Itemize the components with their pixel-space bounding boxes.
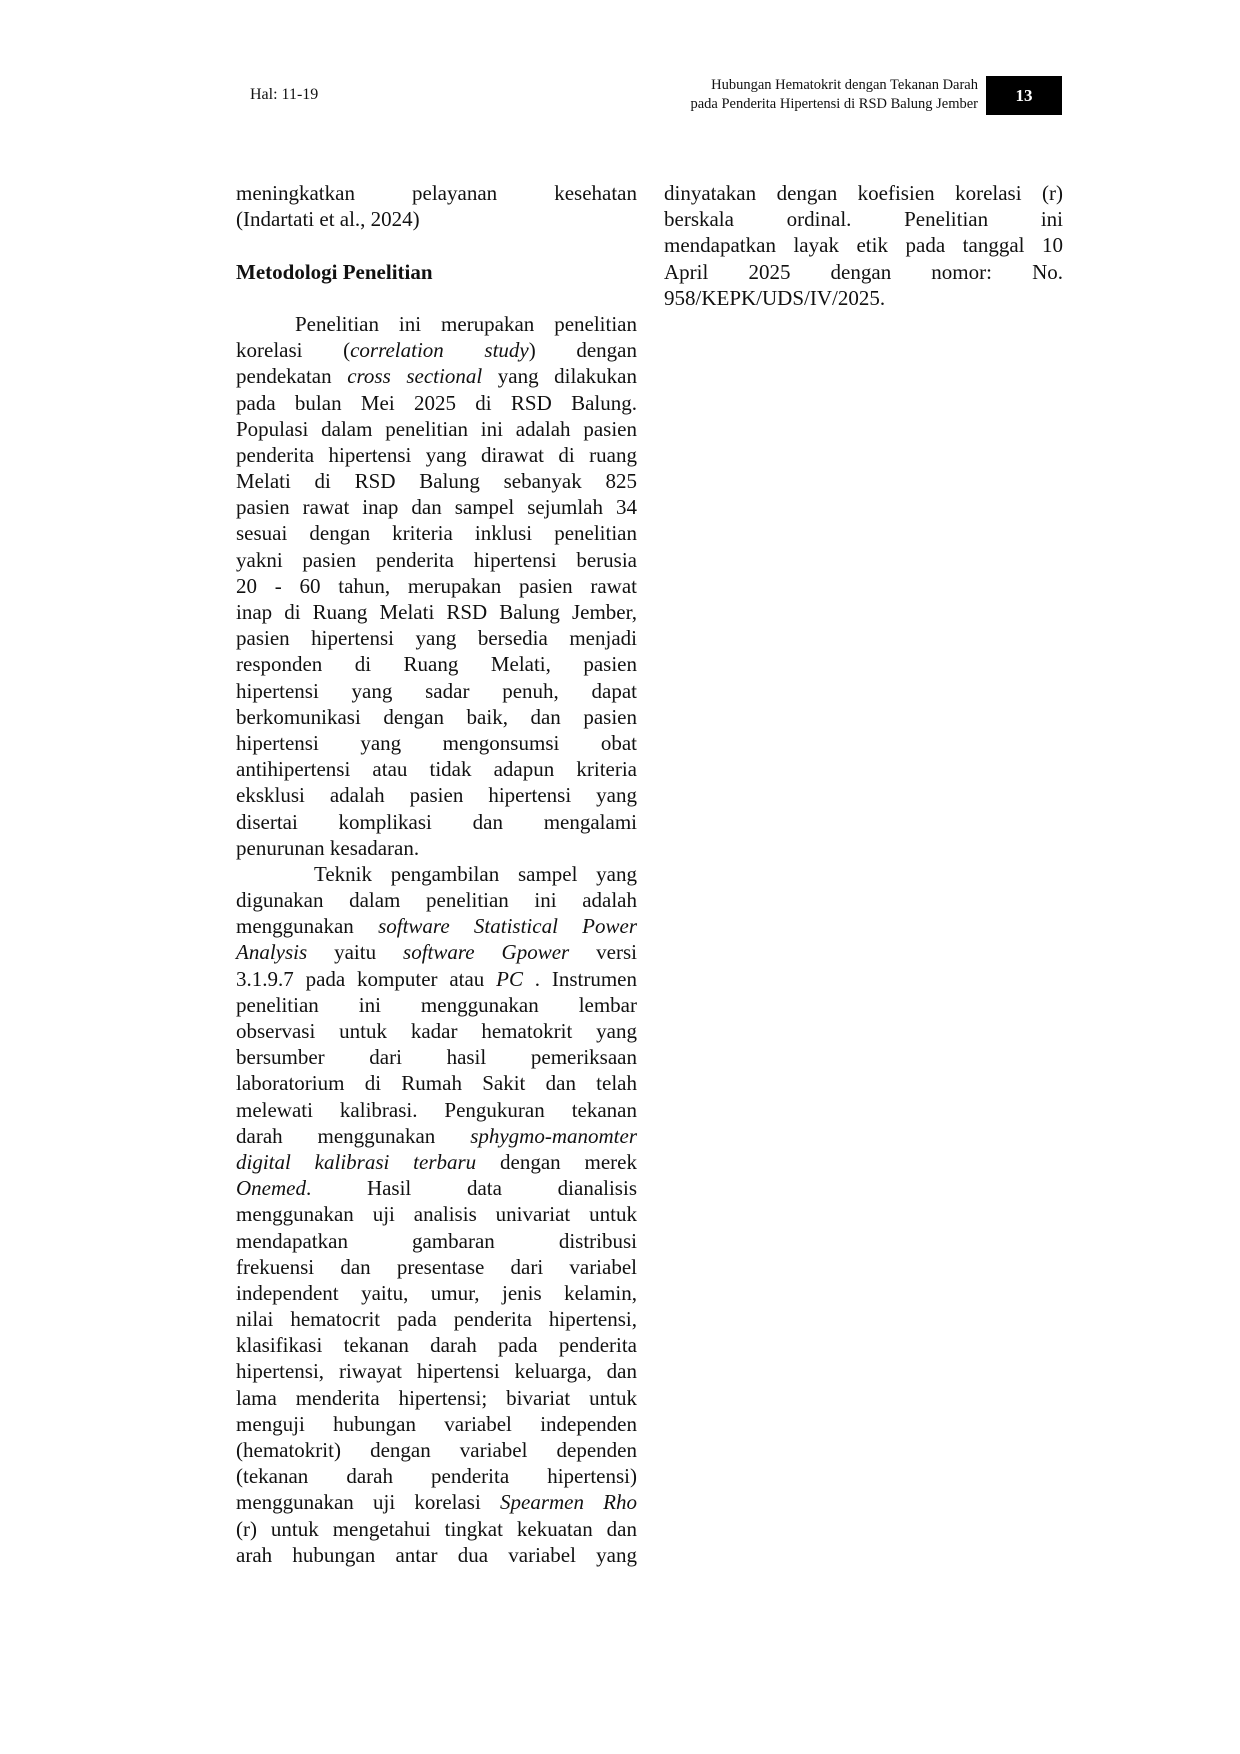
text-line: observasi untuk kadar hematokrit yang	[236, 1018, 637, 1044]
text-line: pendekatan cross sectional yang dilakuka…	[236, 363, 637, 389]
text-line: April 2025 dengan nomor: No.	[664, 259, 1063, 285]
right-column: dinyatakan dengan koefisien korelasi (r)…	[664, 180, 1063, 311]
text-line: menggunakan software Statistical Power	[236, 913, 637, 939]
text-line: dinyatakan dengan koefisien korelasi (r)	[664, 180, 1063, 206]
text-line: digunakan dalam penelitian ini adalah	[236, 887, 637, 913]
left-column: meningkatkan pelayanan kesehatan (Indart…	[236, 180, 637, 1568]
text-line: Onemed. Hasil data dianalisis	[236, 1175, 637, 1201]
text-line: penderita hipertensi yang dirawat di rua…	[236, 442, 637, 468]
text-line: frekuensi dan presentase dari variabel	[236, 1254, 637, 1280]
text-line: inap di Ruang Melati RSD Balung Jember,	[236, 599, 637, 625]
text-line: klasifikasi tekanan darah pada penderita	[236, 1332, 637, 1358]
text-line: responden di Ruang Melati, pasien	[236, 651, 637, 677]
text-line: berskala ordinal. Penelitian ini	[664, 206, 1063, 232]
running-title: Hubungan Hematokrit dengan Tekanan Darah…	[690, 76, 978, 114]
text-line: arah hubungan antar dua variabel yang	[236, 1542, 637, 1568]
text-line: 20 - 60 tahun, merupakan pasien rawat	[236, 573, 637, 599]
text-line: hipertensi yang sadar penuh, dapat	[236, 678, 637, 704]
text-line: yakni pasien penderita hipertensi berusi…	[236, 547, 637, 573]
text-line: digital kalibrasi terbaru dengan merek	[236, 1149, 637, 1175]
running-title-line-2: pada Penderita Hipertensi di RSD Balung …	[690, 95, 978, 114]
text-line: hipertensi, riwayat hipertensi keluarga,…	[236, 1358, 637, 1384]
page-range: Hal: 11-19	[250, 86, 318, 104]
text-line: pasien hipertensi yang bersedia menjadi	[236, 625, 637, 651]
text-line: berkomunikasi dengan baik, dan pasien	[236, 704, 637, 730]
text-line: Teknik pengambilan sampel yang	[236, 861, 637, 887]
text-line: meningkatkan pelayanan kesehatan	[236, 180, 637, 206]
text-line: antihipertensi atau tidak adapun kriteri…	[236, 756, 637, 782]
paragraph-methodology: Penelitian ini merupakan penelitian kore…	[236, 311, 637, 861]
text-line: menggunakan uji analisis univariat untuk	[236, 1201, 637, 1227]
text-line: nilai hematocrit pada penderita hiperten…	[236, 1306, 637, 1332]
text-line: laboratorium di Rumah Sakit dan telah	[236, 1070, 637, 1096]
text-line: independent yaitu, umur, jenis kelamin,	[236, 1280, 637, 1306]
paragraph-sampling: Teknik pengambilan sampel yang digunakan…	[236, 861, 637, 1568]
text-line: darah menggunakan sphygmo-manomter	[236, 1123, 637, 1149]
text-line: Penelitian ini merupakan penelitian	[236, 311, 637, 337]
text-line: (Indartati et al., 2024)	[236, 206, 637, 232]
text-line: korelasi (correlation study) dengan	[236, 337, 637, 363]
text-line: penelitian ini menggunakan lembar	[236, 992, 637, 1018]
page-number-badge: 13	[986, 76, 1062, 115]
text-line: disertai komplikasi dan mengalami	[236, 809, 637, 835]
text-line: Melati di RSD Balung sebanyak 825	[236, 468, 637, 494]
running-title-line-1: Hubungan Hematokrit dengan Tekanan Darah	[690, 76, 978, 95]
text-line: menggunakan uji korelasi Spearmen Rho	[236, 1489, 637, 1515]
text-line: (hematokrit) dengan variabel dependen	[236, 1437, 637, 1463]
section-heading: Metodologi Penelitian	[236, 259, 637, 285]
text-line: pasien rawat inap dan sampel sejumlah 34	[236, 494, 637, 520]
paragraph-ethics: dinyatakan dengan koefisien korelasi (r)…	[664, 180, 1063, 311]
text-line: Analysis yaitu software Gpower versi	[236, 939, 637, 965]
text-line: eksklusi adalah pasien hipertensi yang	[236, 782, 637, 808]
text-line: menguji hubungan variabel independen	[236, 1411, 637, 1437]
text-line: 958/KEPK/UDS/IV/2025.	[664, 285, 1063, 311]
text-line: Populasi dalam penelitian ini adalah pas…	[236, 416, 637, 442]
text-line: lama menderita hipertensi; bivariat untu…	[236, 1385, 637, 1411]
text-line: bersumber dari hasil pemeriksaan	[236, 1044, 637, 1070]
text-line: (tekanan darah penderita hipertensi)	[236, 1463, 637, 1489]
text-line: penurunan kesadaran.	[236, 835, 637, 861]
text-line: (r) untuk mengetahui tingkat kekuatan da…	[236, 1516, 637, 1542]
text-line: mendapatkan layak etik pada tanggal 10	[664, 232, 1063, 258]
text-line: hipertensi yang mengonsumsi obat	[236, 730, 637, 756]
text-line: 3.1.9.7 pada komputer atau PC . Instrume…	[236, 966, 637, 992]
text-line: sesuai dengan kriteria inklusi penelitia…	[236, 520, 637, 546]
text-line: melewati kalibrasi. Pengukuran tekanan	[236, 1097, 637, 1123]
text-line: pada bulan Mei 2025 di RSD Balung.	[236, 390, 637, 416]
text-line: mendapatkan gambaran distribusi	[236, 1228, 637, 1254]
